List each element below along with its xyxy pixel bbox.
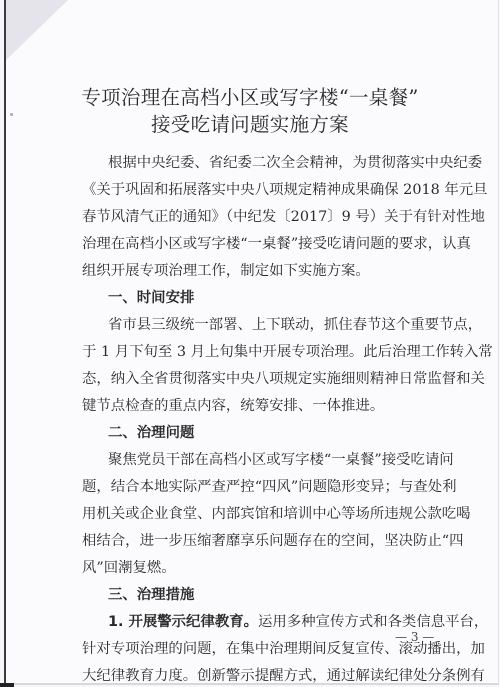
- page-number: — 3 —: [395, 630, 434, 644]
- paragraph-line: 大纪律教育力度。创新警示提醒方式，通过解读纪律处分条例有: [82, 667, 447, 685]
- paragraph-line: 键节点检查的重点内容，统筹安排、一体推进。: [82, 397, 447, 415]
- paragraph-line: 用机关或企业食堂、内部宾馆和培训中心等场所违规公款吃喝: [82, 505, 447, 523]
- paragraph-line: 治理在高档小区或写字楼“一桌餐”接受吃请问题的要求，认真: [82, 235, 447, 253]
- section-heading-issues: 二、治理问题: [108, 424, 447, 442]
- paragraph-line: 聚焦党员干部在高档小区或写字楼“一桌餐”接受吃请问: [108, 451, 447, 469]
- folded-corner: [6, 0, 68, 60]
- section-heading-measures: 三、治理措施: [108, 586, 447, 604]
- paragraph-line: 针对专项治理的问题，在集中治理期间反复宣传、滚动播出，加: [82, 640, 447, 658]
- paragraph-line: 春节风清气正的通知》（中纪发〔2017〕9 号）关于有针对性地: [82, 208, 447, 226]
- paragraph-line: 组织开展专项治理工作，制定如下实施方案。: [82, 262, 447, 280]
- document-title-line2: 接受吃请问题实施方案: [0, 109, 500, 137]
- paragraph-line: 风”回潮复燃。: [82, 559, 447, 577]
- paragraph-line: 省市县三级统一部署、上下联动，抓住春节这个重要节点，: [108, 316, 447, 334]
- document-title-line1: 专项治理在高档小区或写字楼“一桌餐”: [0, 82, 500, 110]
- paragraph-line: 态，纳入全省贯彻落实中央八项规定实施细则精神日常监督和关: [82, 370, 447, 388]
- paragraph-line: 《关于巩固和拓展落实中央八项规定精神成果确保 2018 年元旦: [82, 181, 447, 199]
- measure-item-1-title: 1. 开展警示纪律教育。: [108, 614, 258, 630]
- measure-item-1: 1. 开展警示纪律教育。运用多种宣传方式和各类信息平台，: [108, 613, 447, 631]
- paragraph-line: 题，结合本地实际严查严控“四风”问题隐形变异；与查处利: [82, 478, 447, 496]
- section-heading-schedule: 一、时间安排: [108, 289, 447, 307]
- paragraph-line: 相结合，进一步压缩奢靡享乐问题存在的空间，坚决防止“四: [82, 532, 447, 550]
- paragraph-line: 根据中央纪委、省纪委二次全会精神，为贯彻落实中央纪委: [108, 154, 447, 172]
- page-edge-shadow: [0, 683, 14, 687]
- paragraph-line: 于 1 月下旬至 3 月上旬集中开展专项治理。此后治理工作转入常: [82, 343, 447, 361]
- measure-item-1-text: 运用多种宣传方式和各类信息平台，: [258, 614, 488, 630]
